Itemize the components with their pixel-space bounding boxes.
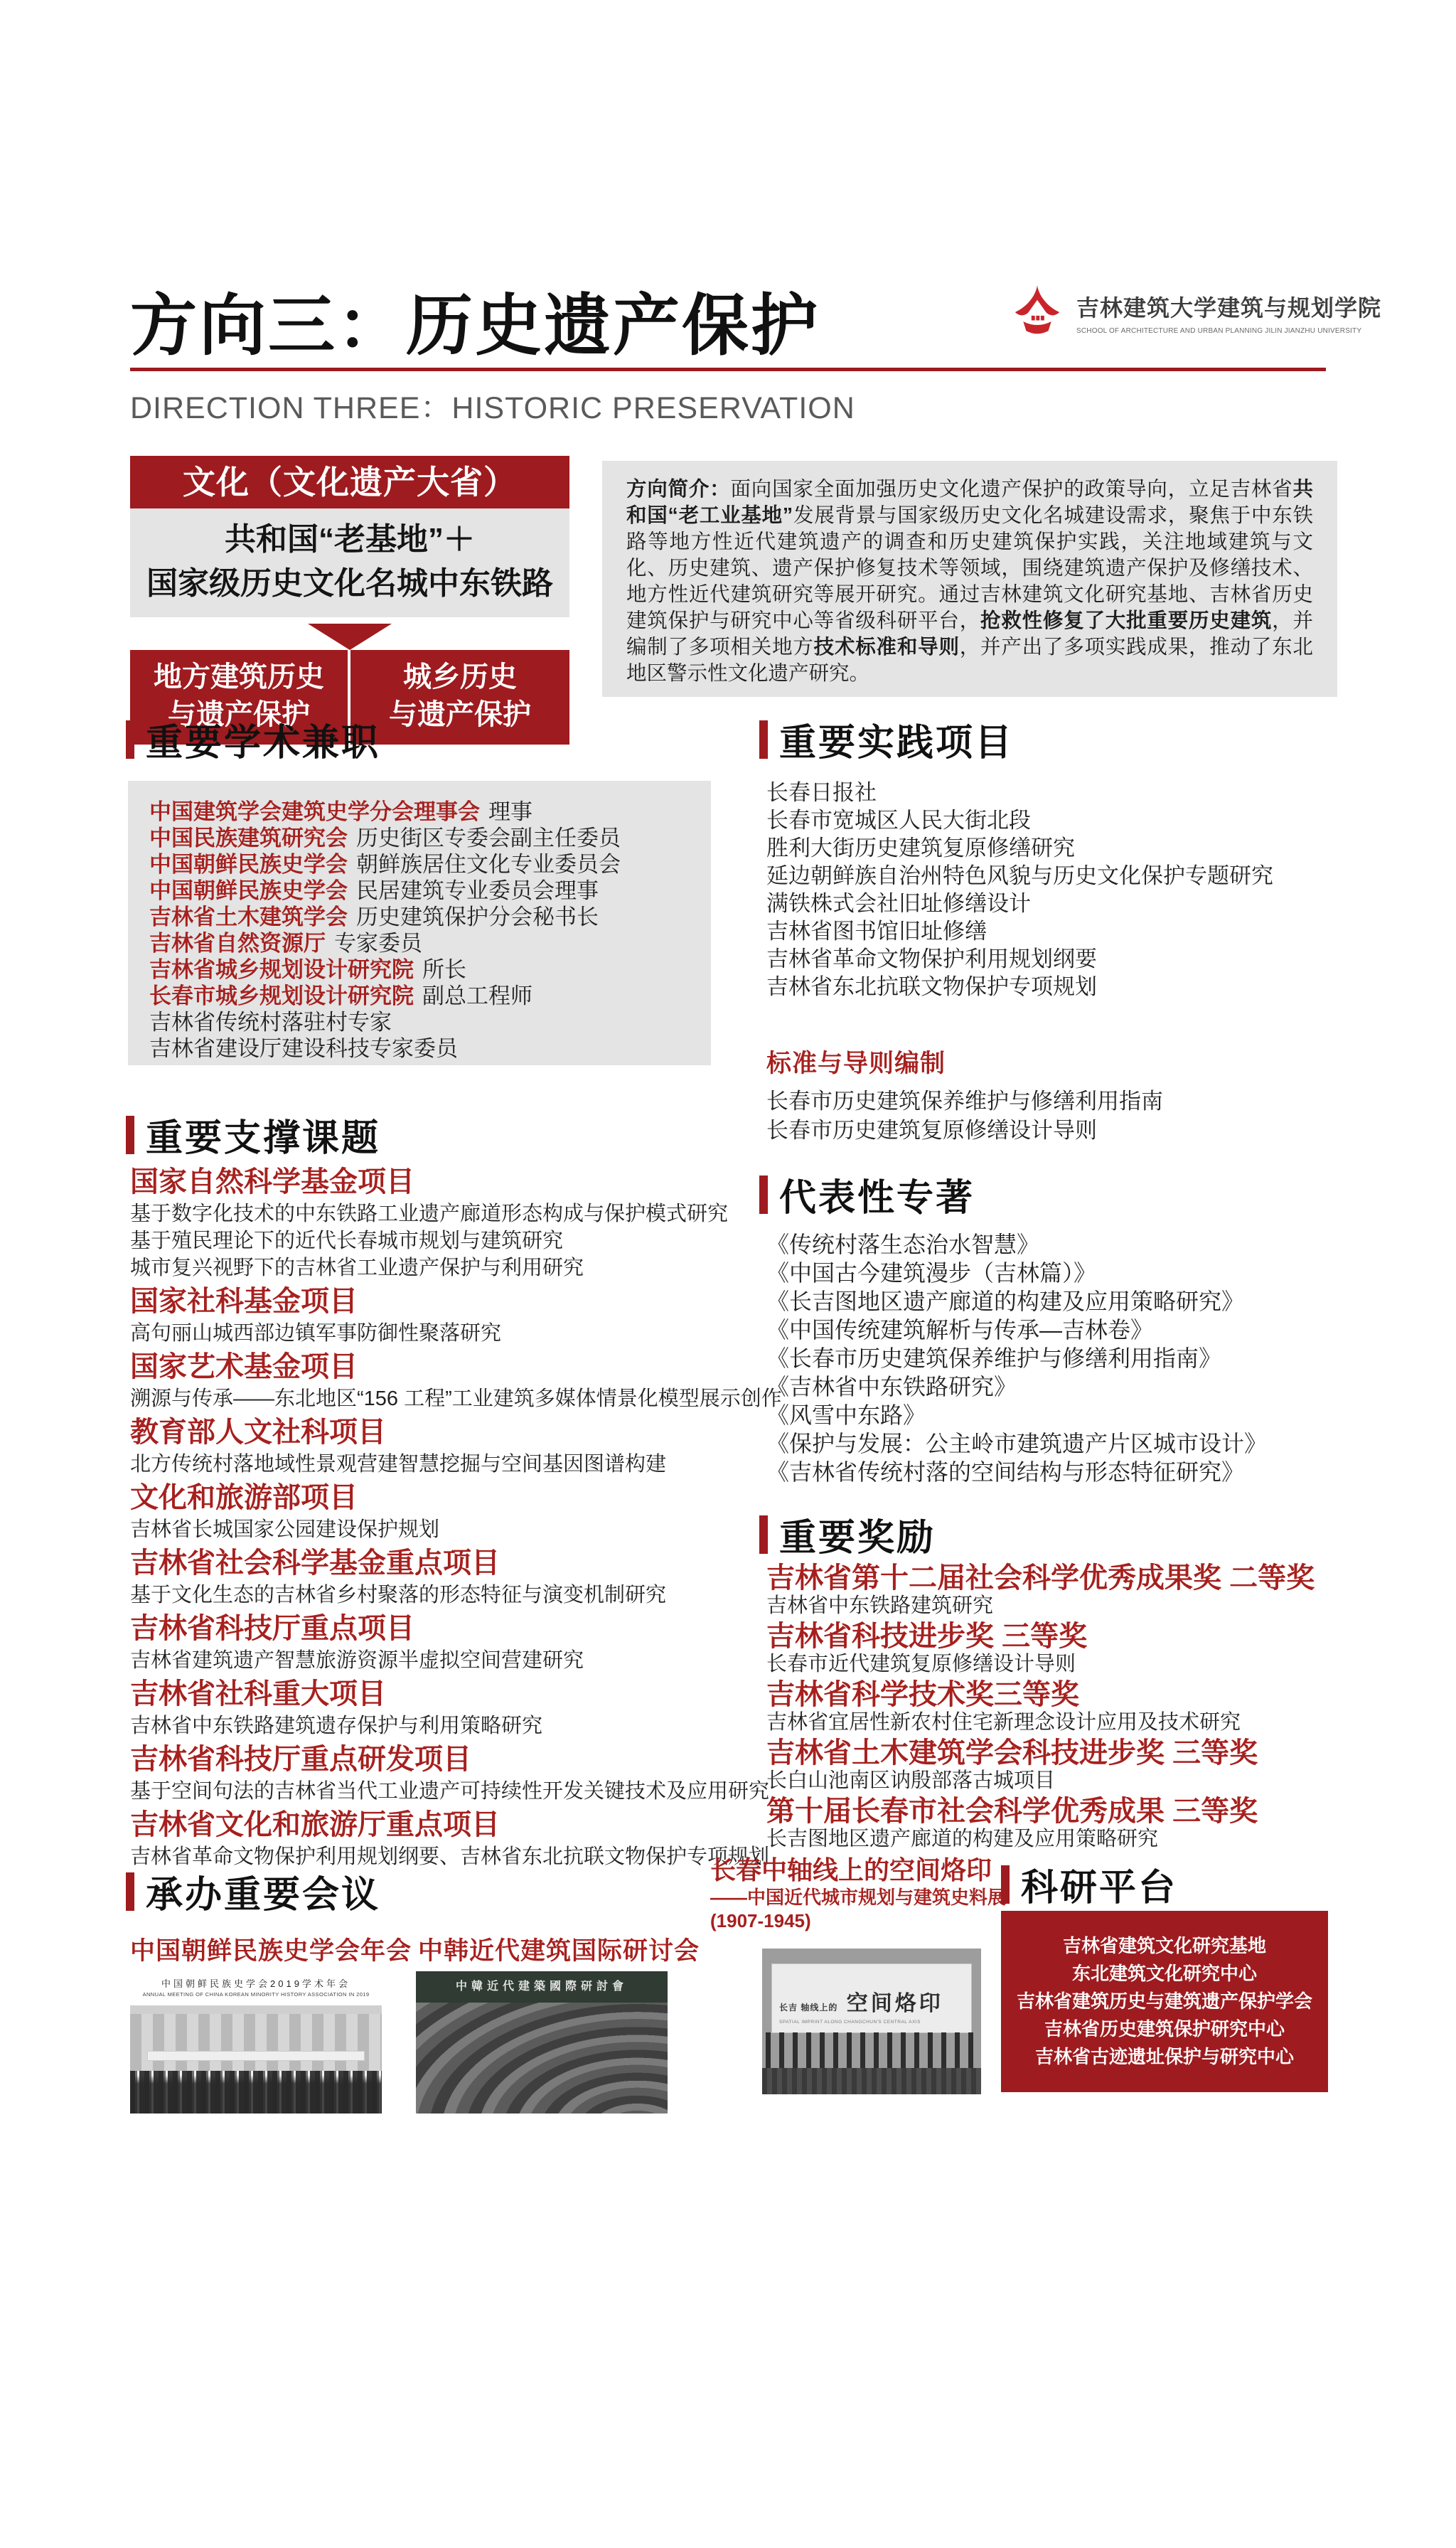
award-title: 第十届长春市社会科学优秀成果 三等奖 (766, 1796, 1315, 1826)
wall-text-calligraphy: 空间烙印 (847, 1992, 943, 2015)
photo-exhibition: 长吉 轴线上的 空间烙印 SPATIAL IMPRINT ALONG CHANG… (762, 1949, 981, 2094)
support-group-title: 国家自然科学基金项目 (130, 1168, 756, 1196)
intro-segment: 方向简介： (626, 478, 730, 501)
conference-caption-annual-meeting: 中国朝鲜民族史学会年会 (130, 1931, 412, 1967)
award-title: 吉林省土木建筑学会科技进步奖 三等奖 (766, 1738, 1315, 1768)
wall-text-english: SPATIAL IMPRINT ALONG CHANGCHUN'S CENTRA… (779, 2020, 965, 2025)
page-title: 方向三：历史遗产保护 (130, 272, 820, 368)
support-group-title: 吉林省科技厅重点研发项目 (130, 1745, 756, 1774)
section-title: 代表性专著 (779, 1168, 975, 1221)
section-accent-bar (126, 1872, 134, 1911)
award-list: 吉林省第十二届社会科学优秀成果奖 二等奖 吉林省中东铁路建筑研究 吉林省科技进步… (766, 1563, 1315, 1852)
practice-item: 吉林省图书馆旧址修缮 (766, 917, 1273, 945)
award-desc: 长春市近代建筑复原修缮设计导则 (766, 1651, 1315, 1677)
academic-item: 吉林省传统村落驻村专家 (149, 1009, 711, 1035)
section-title: 承办重要会议 (146, 1865, 380, 1918)
platform-item: 东北建筑文化研究中心 (1001, 1960, 1328, 1988)
academic-item: 中国朝鲜民族史学会民居建筑专业委员会理事 (149, 878, 711, 904)
exhibition-subtitle: ——中国近代城市规划与建筑史料展 (710, 1886, 1006, 1909)
award-desc: 吉林省宜居性新农村住宅新理念设计应用及技术研究 (766, 1710, 1315, 1735)
support-group-line: 吉林省中东铁路建筑遗存保护与利用策略研究 (130, 1712, 756, 1739)
monograph-item: 《风雪中东路》 (766, 1401, 1267, 1429)
building-backdrop (130, 2005, 382, 2071)
monograph-item: 《吉林省中东铁路研究》 (766, 1372, 1267, 1401)
down-arrow-icon (308, 624, 392, 650)
culture-box-body: 共和国“老基地”＋ 国家级历史文化名城中东铁路 (130, 508, 569, 617)
practice-item: 胜利大街历史建筑复原修缮研究 (766, 834, 1273, 862)
pagoda-logo-icon (1008, 283, 1066, 341)
standards-item: 长春市历史建筑复原修缮设计导则 (766, 1116, 1163, 1145)
award-title: 吉林省科学技术奖三等奖 (766, 1680, 1315, 1710)
section-header-support-topics: 重要支撑课题 (126, 1108, 380, 1161)
practice-item: 延边朝鲜族自治州特色风貌与历史文化保护专题研究 (766, 862, 1273, 890)
photo-caption-band: 中国朝鲜民族史学会2019学术年会 ANNUAL MEETING OF CHIN… (130, 1971, 382, 2005)
section-title: 重要实践项目 (779, 713, 1014, 766)
amphitheater-rows (416, 2003, 668, 2113)
intro-segment: 抢救性修复了大批重要历史建筑 (980, 609, 1272, 632)
support-group-line: 高句丽山城西部边镇军事防御性聚落研究 (130, 1320, 756, 1347)
standards-item: 长春市历史建筑保养维护与修缮利用指南 (766, 1087, 1163, 1116)
section-accent-bar (759, 720, 768, 759)
academic-item: 长春市城乡规划设计研究院副总工程师 (149, 983, 711, 1009)
practice-item: 满铁株式会社旧址修缮设计 (766, 890, 1273, 917)
platform-item: 吉林省建筑文化研究基地 (1001, 1932, 1328, 1960)
section-header-practice-projects: 重要实践项目 (759, 713, 1014, 766)
academic-item: 吉林省建设厅建设科技专家委员 (149, 1035, 711, 1062)
award-desc: 长白山池南区讷殷部落古城项目 (766, 1768, 1315, 1793)
support-group-line: 基于殖民理论下的近代长春城市规划与建筑研究 (130, 1227, 756, 1254)
practice-project-list: 长春日报社 长春市宽城区人民大街北段 胜利大街历史建筑复原修缮研究 延边朝鲜族自… (766, 779, 1273, 1001)
direction-intro-paragraph: 方向简介：面向国家全面加强历史文化遗产保护的政策导向，立足吉林省共和国“老工业基… (602, 461, 1337, 697)
academic-item: 中国朝鲜民族史学会朝鲜族居住文化专业委员会 (149, 851, 711, 878)
monograph-list: 《传统村落生态治水智慧》 《中国古今建筑漫步（吉林篇）》 《长吉图地区遗产廊道的… (766, 1230, 1267, 1486)
academic-posts-box: 中国建筑学会建筑史学分会理事会理事 中国民族建筑研究会历史街区专委会副主任委员 … (128, 781, 711, 1065)
photo-annual-meeting: 中国朝鲜民族史学会2019学术年会 ANNUAL MEETING OF CHIN… (130, 1971, 382, 2113)
page-subtitle: DIRECTION THREE：HISTORIC PRESERVATION (130, 384, 855, 427)
exhibition-years: (1907-1945) (710, 1909, 1006, 1933)
award-title: 吉林省科技进步奖 三等奖 (766, 1621, 1315, 1651)
support-group-title: 吉林省社科重大项目 (130, 1680, 756, 1708)
standing-people-row (762, 2032, 981, 2068)
section-accent-bar (759, 1176, 768, 1214)
monograph-item: 《中国古今建筑漫步（吉林篇）》 (766, 1259, 1267, 1287)
exhibition-caption: 长春中轴线上的空间烙印 ——中国近代城市规划与建筑史料展 (1907-1945) (710, 1855, 1006, 1933)
exhibition-wall: 长吉 轴线上的 空间烙印 SPATIAL IMPRINT ALONG CHANG… (772, 1964, 971, 2032)
photo-title-en: ANNUAL MEETING OF CHINA KOREAN MINORITY … (130, 1991, 382, 1998)
support-topics-list: 国家自然科学基金项目 基于数字化技术的中东铁路工业遗产廊道形态构成与保护模式研究… (130, 1168, 756, 1870)
section-accent-bar (759, 1515, 768, 1554)
practice-item: 吉林省东北抗联文物保护专项规划 (766, 973, 1273, 1001)
practice-item: 长春日报社 (766, 779, 1273, 806)
support-group-title: 文化和旅游部项目 (130, 1483, 756, 1512)
support-group-line: 城市复兴视野下的吉林省工业遗产保护与利用研究 (130, 1254, 756, 1281)
practice-item: 吉林省革命文物保护利用规划纲要 (766, 945, 1273, 973)
symposium-banner: 中韓近代建築國際研討會 (416, 1971, 668, 2003)
section-header-academic-posts: 重要学术兼职 (126, 713, 380, 766)
support-group-title: 吉林省科技厅重点项目 (130, 1614, 756, 1643)
monograph-item: 《传统村落生态治水智慧》 (766, 1230, 1267, 1259)
support-group-title: 吉林省社会科学基金重点项目 (130, 1549, 756, 1577)
university-logo: 吉林建筑大学建筑与规划学院 SCHOOL OF ARCHITECTURE AND… (1008, 283, 1381, 341)
standards-guidelines-list: 长春市历史建筑保养维护与修缮利用指南 长春市历史建筑复原修缮设计导则 (766, 1087, 1163, 1145)
section-title: 重要支撑课题 (146, 1108, 380, 1161)
section-title: 重要学术兼职 (146, 713, 380, 766)
wall-text-small: 长吉 轴线上的 (779, 2003, 837, 2013)
support-group-line: 北方传统村落地域性景观营建智慧挖掘与空间基因图谱构建 (130, 1451, 756, 1478)
poster-page: 方向三：历史遗产保护 吉林建筑大学建筑与规划学院 SCHOOL OF ARCHI… (0, 0, 1456, 2548)
academic-item: 中国建筑学会建筑史学分会理事会理事 (149, 799, 711, 825)
section-title: 科研平台 (1021, 1857, 1177, 1911)
award-desc: 吉林省中东铁路建筑研究 (766, 1593, 1315, 1619)
monograph-item: 《保护与发展：公主岭市建筑遗产片区城市设计》 (766, 1429, 1267, 1458)
conference-caption-symposium: 中韩近代建筑国际研讨会 (418, 1931, 700, 1967)
monograph-item: 《长吉图地区遗产廊道的构建及应用策略研究》 (766, 1287, 1267, 1316)
culture-box-line2: 国家级历史文化名城中东铁路 (130, 562, 569, 606)
award-desc: 长吉图地区遗产廊道的构建及应用策略研究 (766, 1826, 1315, 1852)
section-accent-bar (126, 1116, 134, 1154)
support-group-title: 国家社科基金项目 (130, 1287, 756, 1316)
section-header-monographs: 代表性专著 (759, 1168, 975, 1221)
support-group-line: 基于数字化技术的中东铁路工业遗产廊道形态构成与保护模式研究 (130, 1200, 756, 1227)
conference-banner (147, 2051, 365, 2061)
support-group-line: 溯源与传承——东北地区“156 工程”工业建筑多媒体情景化模型展示创作 (130, 1385, 756, 1412)
photo-title-cn: 中国朝鲜民族史学会2019学术年会 (130, 1971, 382, 1990)
standards-guidelines-subhead: 标准与导则编制 (766, 1044, 946, 1080)
section-accent-bar (1001, 1865, 1010, 1904)
support-group-line: 基于文化生态的吉林省乡村聚落的形态特征与演变机制研究 (130, 1582, 756, 1609)
support-group-line: 基于空间句法的吉林省当代工业遗产可持续性开发关键技术及应用研究 (130, 1778, 756, 1805)
support-group-title: 教育部人文社科项目 (130, 1418, 756, 1446)
section-accent-bar (126, 720, 134, 759)
platform-item: 吉林省历史建筑保护研究中心 (1001, 2015, 1328, 2043)
stage-curtain (762, 2068, 981, 2094)
support-group-title: 吉林省文化和旅游厅重点项目 (130, 1811, 756, 1839)
support-group-line: 吉林省长城国家公园建设保护规划 (130, 1516, 756, 1543)
exhibition-title: 长春中轴线上的空间烙印 (710, 1855, 1006, 1886)
section-header-conferences: 承办重要会议 (126, 1865, 380, 1918)
culture-box-line1: 共和国“老基地”＋ (130, 518, 569, 562)
section-header-awards: 重要奖励 (759, 1508, 936, 1561)
monograph-item: 《长春市历史建筑保养维护与修缮利用指南》 (766, 1344, 1267, 1372)
support-group-title: 国家艺术基金项目 (130, 1353, 756, 1381)
intro-segment: 面向国家全面加强历史文化遗产保护的政策导向，立足吉林省 (730, 478, 1292, 501)
photo-symposium-hall: 中韓近代建築國際研討會 (416, 1971, 668, 2113)
logo-text: 吉林建筑大学建筑与规划学院 SCHOOL OF ARCHITECTURE AND… (1076, 290, 1381, 335)
logo-name-en: SCHOOL OF ARCHITECTURE AND URBAN PLANNIN… (1076, 327, 1381, 335)
academic-item: 吉林省城乡规划设计研究院所长 (149, 956, 711, 983)
branch-urban-rural-heritage: 城乡历史 与遗产保护 (350, 650, 569, 745)
monograph-item: 《中国传统建筑解析与传承—吉林卷》 (766, 1316, 1267, 1344)
platform-item: 吉林省建筑历史与建筑遗产保护学会 (1001, 1988, 1328, 2015)
award-title: 吉林省第十二届社会科学优秀成果奖 二等奖 (766, 1563, 1315, 1593)
intro-segment: 技术标准和导则 (814, 636, 960, 659)
culture-box-title: 文化（文化遗产大省） (130, 456, 569, 508)
platform-box: 吉林省建筑文化研究基地 东北建筑文化研究中心 吉林省建筑历史与建筑遗产保护学会 … (1001, 1911, 1328, 2092)
academic-item: 中国民族建筑研究会历史街区专委会副主任委员 (149, 825, 711, 851)
section-header-platforms: 科研平台 (1001, 1857, 1177, 1911)
group-photo-crowd (130, 2071, 382, 2113)
academic-item: 吉林省自然资源厅专家委员 (149, 930, 711, 956)
platform-item: 吉林省古迹遗址保护与研究中心 (1001, 2043, 1328, 2071)
academic-item: 吉林省土木建筑学会历史建筑保护分会秘书长 (149, 904, 711, 930)
section-title: 重要奖励 (779, 1508, 936, 1561)
support-group-line: 吉林省建筑遗产智慧旅游资源半虚拟空间营建研究 (130, 1647, 756, 1674)
title-divider (130, 368, 1326, 371)
monograph-item: 《吉林省传统村落的空间结构与形态特征研究》 (766, 1458, 1267, 1486)
logo-name-cn: 吉林建筑大学建筑与规划学院 (1076, 290, 1381, 323)
practice-item: 长春市宽城区人民大街北段 (766, 806, 1273, 834)
